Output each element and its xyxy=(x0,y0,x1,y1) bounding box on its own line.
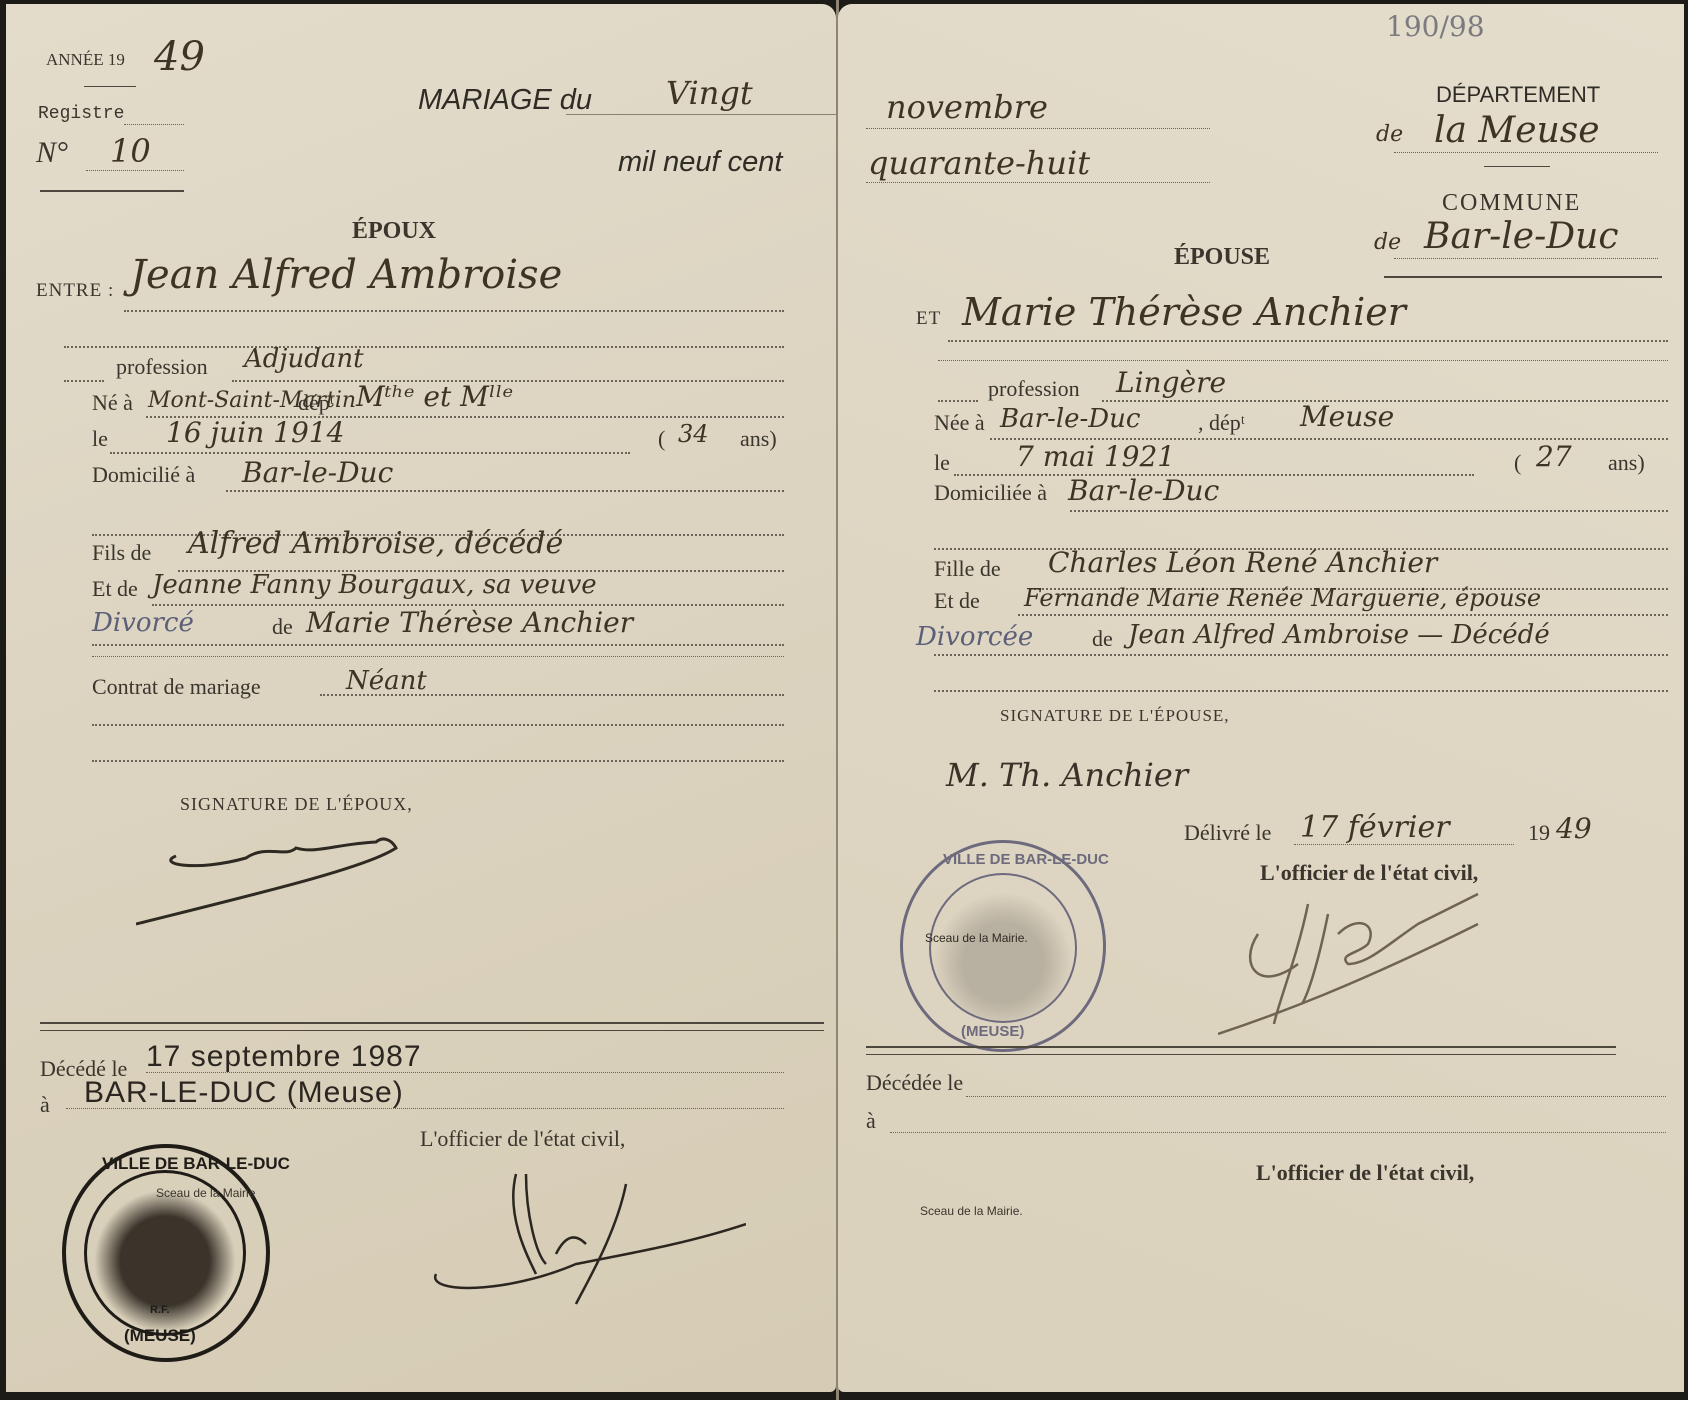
sceau-label: Sceau de la Mairie. xyxy=(920,1204,1023,1218)
departement-prefix: de xyxy=(1376,122,1403,147)
registre-label: Registre xyxy=(38,104,124,124)
numero-line xyxy=(86,170,184,171)
father-value: Charles Léon René Anchier xyxy=(1048,546,1437,579)
deces-date-line[interactable] xyxy=(966,1096,1666,1097)
line xyxy=(1018,614,1668,616)
stamp-ring-text: VILLE DE BAR-LE-DUC xyxy=(943,851,1109,868)
mariage-day: Vingt xyxy=(666,74,753,112)
ornament-rule xyxy=(40,190,184,192)
epoux-signature xyxy=(136,824,436,934)
mil-neuf-cent-label: mil neuf cent xyxy=(618,146,782,179)
ans-label: ans) xyxy=(1608,450,1645,476)
line xyxy=(320,694,784,696)
divider xyxy=(1484,166,1550,167)
line xyxy=(124,310,784,312)
line xyxy=(934,690,1668,692)
annee-label: ANNÉE 19 xyxy=(46,50,125,70)
mariage-label: MARIAGE du xyxy=(418,84,592,117)
registre-line xyxy=(124,124,184,125)
stamp-bottom-text: (MEUSE) xyxy=(961,1023,1024,1040)
dep-label: dépᵗ xyxy=(298,390,334,416)
father-value: Alfred Ambroise, décédé xyxy=(188,526,563,561)
open-booklet: ANNÉE 19 49 Registre N° 10 MARIAGE du Vi… xyxy=(0,0,1688,1400)
et-label: ET xyxy=(916,308,941,330)
deces-date: 17 septembre 1987 xyxy=(146,1040,422,1074)
annee-value: 49 xyxy=(154,34,205,80)
departement-value: la Meuse xyxy=(1434,110,1600,151)
officier-label: L'officier de l'état civil, xyxy=(420,1126,625,1152)
right-page: 190/98 novembre quarante-huit DÉPARTEMEN… xyxy=(838,4,1684,1392)
stamp-ring-text: VILLE DE BAR-LE-DUC xyxy=(102,1154,290,1174)
mairie-stamp: VILLE DE BAR-LE-DUC R.F. (MEUSE) xyxy=(62,1144,270,1362)
nee-a-label: Née à xyxy=(934,410,985,436)
profession-value: Lingère xyxy=(1116,366,1226,399)
line xyxy=(92,760,784,762)
line xyxy=(866,182,1210,183)
line xyxy=(64,346,784,348)
domicile-value: Bar-le-Duc xyxy=(242,456,393,489)
domicile-value: Bar-le-Duc xyxy=(1068,474,1219,507)
epouse-name: Marie Thérèse Anchier xyxy=(962,290,1406,334)
commune-prefix: de xyxy=(1374,230,1401,255)
officier-label-2: L'officier de l'état civil, xyxy=(1256,1160,1474,1186)
ans-label: ans) xyxy=(740,426,777,452)
paren-open: ( xyxy=(658,426,665,452)
paren-open: ( xyxy=(1514,450,1521,476)
deces-lieu-line[interactable] xyxy=(890,1132,1666,1133)
stamp-center-text: Sceau de la Mairie. xyxy=(925,931,1028,945)
et-de-label: Et de xyxy=(92,576,138,602)
double-rule-bottom xyxy=(866,1054,1616,1055)
divider xyxy=(84,86,136,87)
birth-date: 16 juin 1914 xyxy=(166,416,344,449)
contrat-label: Contrat de mariage xyxy=(92,674,261,700)
profession-label: profession xyxy=(988,376,1080,402)
delivre-year-prefix: 19 xyxy=(1528,820,1550,846)
line xyxy=(1394,258,1658,259)
line xyxy=(66,1108,784,1109)
delivre-label: Délivré le xyxy=(1184,820,1271,846)
dep-value: Meuse xyxy=(1300,400,1394,433)
profession-label: profession xyxy=(116,354,208,380)
line xyxy=(64,380,104,382)
epoux-name: Jean Alfred Ambroise xyxy=(130,252,562,298)
domicile-label: Domicilié à xyxy=(92,462,195,488)
divorce-status: Divorcée xyxy=(916,622,1033,652)
line xyxy=(934,654,1668,656)
line xyxy=(1394,152,1658,153)
line xyxy=(92,724,784,726)
dep-value: Mᵗʰᵉ et Mˡˡᵉ xyxy=(356,380,513,413)
delivre-year-suffix: 49 xyxy=(1556,812,1592,845)
birth-date: 7 mai 1921 xyxy=(1016,440,1175,473)
stamp-bottom-text: (MEUSE) xyxy=(124,1326,196,1346)
le-label: le xyxy=(92,426,108,452)
line xyxy=(226,490,784,492)
line xyxy=(110,452,630,454)
line xyxy=(938,360,1668,361)
mariage-month: novembre xyxy=(886,88,1048,126)
officier-signature xyxy=(1218,884,1538,1044)
et-de-label: Et de xyxy=(934,588,980,614)
mariage-day-line xyxy=(566,114,836,115)
profession-value: Adjudant xyxy=(244,344,364,374)
le-label: le xyxy=(934,450,950,476)
numero-label: N° xyxy=(36,136,68,170)
line xyxy=(948,340,1668,342)
line xyxy=(1070,510,1668,512)
line xyxy=(1294,844,1514,845)
line xyxy=(92,644,784,646)
divorce-de-label: de xyxy=(272,614,293,640)
entre-label: ENTRE : xyxy=(36,280,114,302)
nee-a-value: Bar-le-Duc xyxy=(1000,404,1140,434)
signature-epouse-label: SIGNATURE DE L'ÉPOUSE, xyxy=(1000,706,1230,726)
contrat-value: Néant xyxy=(346,666,427,696)
mother-value: Fernande Marie Renée Marguerie, épouse xyxy=(1024,584,1541,612)
divorce-value: Marie Thérèse Anchier xyxy=(306,606,633,639)
deces-lieu-label: à xyxy=(40,1092,50,1118)
divorce-status: Divorcé xyxy=(92,608,194,638)
age-value: 27 xyxy=(1536,440,1572,473)
double-rule-top xyxy=(866,1046,1616,1048)
departement-label: DÉPARTEMENT xyxy=(1436,82,1600,108)
mother-value: Jeanne Fanny Bourgaux, sa veuve xyxy=(152,570,597,600)
deces-lieu-label: à xyxy=(866,1108,876,1134)
age-value: 34 xyxy=(678,420,709,448)
epouse-signature: M. Th. Anchier xyxy=(946,756,1188,794)
ne-a-label: Né à xyxy=(92,390,133,416)
mairie-stamp: VILLE DE BAR-LE-DUC Sceau de la Mairie. … xyxy=(900,840,1106,1052)
officier-label: L'officier de l'état civil, xyxy=(1260,860,1478,886)
divorce-de-label: de xyxy=(1092,626,1113,652)
deces-lieu: BAR-LE-DUC (Meuse) xyxy=(84,1076,404,1110)
epoux-heading: ÉPOUX xyxy=(352,218,436,245)
signature-epoux-label: SIGNATURE DE L'ÉPOUX, xyxy=(180,794,413,815)
divorce-value: Jean Alfred Ambroise — Décédé xyxy=(1128,620,1550,650)
line xyxy=(938,400,978,402)
domicile-label: Domiciliée à xyxy=(934,480,1047,506)
officier-signature xyxy=(426,1154,746,1314)
ornament-rule xyxy=(1384,276,1662,278)
mariage-year: quarante-huit xyxy=(868,144,1090,182)
deces-label: Décédée le xyxy=(866,1070,963,1096)
left-page: ANNÉE 19 49 Registre N° 10 MARIAGE du Vi… xyxy=(6,4,836,1392)
line xyxy=(146,1072,784,1073)
sceau-label: Sceau de la Mairie xyxy=(156,1186,255,1200)
numero-value: 10 xyxy=(110,132,151,170)
line xyxy=(92,656,784,657)
double-rule-top xyxy=(40,1022,824,1024)
reference-number: 190/98 xyxy=(1386,10,1485,43)
double-rule-bottom xyxy=(40,1030,824,1031)
fils-de-label: Fils de xyxy=(92,540,151,566)
commune-label: COMMUNE xyxy=(1442,190,1581,217)
delivre-date: 17 février xyxy=(1300,810,1450,845)
line xyxy=(866,128,1210,129)
stamp-center-text: R.F. xyxy=(150,1304,170,1316)
commune-value: Bar-le-Duc xyxy=(1424,216,1618,257)
dep-label: , dépᵗ xyxy=(1198,410,1245,436)
fille-de-label: Fille de xyxy=(934,556,1001,582)
epouse-heading: ÉPOUSE xyxy=(1174,244,1270,271)
